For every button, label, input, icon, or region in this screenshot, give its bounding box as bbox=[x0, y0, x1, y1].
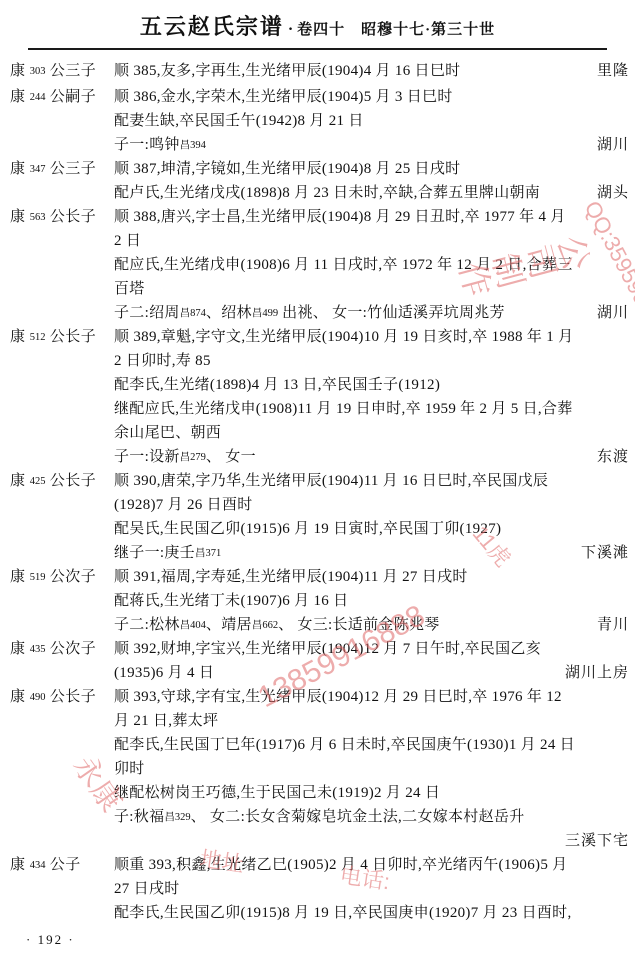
entry-text: 子一:设新昌279、 女一 bbox=[114, 445, 256, 469]
entry-content: 顺 391,福周,字寿延,生光绪甲辰(1904)11 月 27 日戌时配蒋氏,生… bbox=[114, 565, 635, 637]
entry-content: 顺 386,金水,字荣木,生光绪甲辰(1904)5 月 3 日巳时配妻生缺,卒民… bbox=[114, 85, 635, 157]
entry-content: 顺 388,唐兴,字士昌,生光绪甲辰(1904)8 月 29 日丑时,卒 197… bbox=[114, 205, 635, 325]
entry-label: 康 490 公长子 bbox=[0, 685, 114, 711]
entry-text: 顺 389,章魁,字守文,生光绪甲辰(1904)10 月 19 日亥时,卒 19… bbox=[114, 325, 573, 349]
header-divider bbox=[28, 48, 607, 50]
entry-row: 康 512 公长子顺 389,章魁,字守文,生光绪甲辰(1904)10 月 19… bbox=[0, 325, 635, 469]
entry-line: 配妻生缺,卒民国壬午(1942)8 月 21 日 bbox=[114, 109, 629, 133]
entry-text: 配李氏,生光绪(1898)4 月 13 日,卒民国壬子(1912) bbox=[114, 373, 440, 397]
entry-line: 顺 387,坤清,字镜如,生光绪甲辰(1904)8 月 25 日戌时 bbox=[114, 157, 629, 181]
entry-line: 继子一:庚壬昌371下溪滩 bbox=[114, 541, 629, 565]
entry-text: 顺重 393,积鑫,生光绪乙巳(1905)2 月 4 日卯时,卒光绪丙午(190… bbox=[114, 853, 567, 877]
entry-line: 配吴氏,生民国乙卯(1915)6 月 19 日寅时,卒民国丁卯(1927) bbox=[114, 517, 629, 541]
entry-text: 百塔 bbox=[114, 277, 145, 301]
entry-line: 子二:绍周昌874、绍林昌499 出祧、 女一:竹仙适溪弄坑周兆芳湖川 bbox=[114, 301, 629, 325]
entry-text: 顺 393,守球,字有宝,生光绪甲辰(1904)12 月 29 日巳时,卒 19… bbox=[114, 685, 562, 709]
entry-label: 康 434 公子 bbox=[0, 853, 114, 879]
place-name: 东渡 bbox=[597, 445, 629, 469]
entry-line: 月 21 日,葬太坪 bbox=[114, 709, 629, 733]
entry-text: 子二:绍周昌874、绍林昌499 出祧、 女一:竹仙适溪弄坑周兆芳 bbox=[114, 301, 505, 325]
entry-text: 余山尾巴、朝西 bbox=[114, 421, 221, 445]
entry-line: 子:秋福昌329、 女二:长女含菊嫁皂坑金土法,二女嫁本村赵岳升 bbox=[114, 805, 629, 829]
entry-text: 配吴氏,生民国乙卯(1915)6 月 19 日寅时,卒民国丁卯(1927) bbox=[114, 517, 501, 541]
title-separator: · bbox=[288, 21, 293, 38]
entry-label: 康 512 公长子 bbox=[0, 325, 114, 351]
entry-text: (1935)6 月 4 日 bbox=[114, 661, 214, 685]
entry-line: 顺 393,守球,字有宝,生光绪甲辰(1904)12 月 29 日巳时,卒 19… bbox=[114, 685, 629, 709]
entry-text: 顺 385,友多,字再生,生光绪甲辰(1904)4 月 16 日巳时 bbox=[114, 59, 460, 83]
entry-text: 继配松树岗王巧德,生于民国己未(1919)2 月 24 日 bbox=[114, 781, 440, 805]
entry-text: (1928)7 月 26 日酉时 bbox=[114, 493, 253, 517]
entry-text: 继配应氏,生光绪戊申(1908)11 月 19 日申时,卒 1959 年 2 月… bbox=[114, 397, 573, 421]
entry-line: 子二:松林昌404、靖居昌662、 女三:长适前金陈兆琴青川 bbox=[114, 613, 629, 637]
entry-line: 顺 391,福周,字寿延,生光绪甲辰(1904)11 月 27 日戌时 bbox=[114, 565, 629, 589]
entry-line: 顺 386,金水,字荣木,生光绪甲辰(1904)5 月 3 日巳时 bbox=[114, 85, 629, 109]
entry-line: 子一:设新昌279、 女一东渡 bbox=[114, 445, 629, 469]
entries-list: 康 303 公三子顺 385,友多,字再生,生光绪甲辰(1904)4 月 16 … bbox=[0, 59, 635, 925]
entry-line: 配李氏,生光绪(1898)4 月 13 日,卒民国壬子(1912) bbox=[114, 373, 629, 397]
entry-line: 配卢氏,生光绪戊戌(1898)8 月 23 日未时,卒缺,合葬五里牌山朝南湖头 bbox=[114, 181, 629, 205]
entry-row: 康 435 公次子顺 392,财坤,字宝兴,生光绪甲辰(1904)12 月 7 … bbox=[0, 637, 635, 685]
entry-content: 顺重 393,积鑫,生光绪乙巳(1905)2 月 4 日卯时,卒光绪丙午(190… bbox=[114, 853, 635, 925]
entry-row: 康 434 公子顺重 393,积鑫,生光绪乙巳(1905)2 月 4 日卯时,卒… bbox=[0, 853, 635, 925]
entry-line: 顺 390,唐荣,字乃华,生光绪甲辰(1904)11 月 16 日巳时,卒民国戊… bbox=[114, 469, 629, 493]
entry-content: 顺 389,章魁,字守文,生光绪甲辰(1904)10 月 19 日亥时,卒 19… bbox=[114, 325, 635, 469]
entry-line: 百塔 bbox=[114, 277, 629, 301]
entry-label: 康 563 公长子 bbox=[0, 205, 114, 231]
entry-content: 顺 393,守球,字有宝,生光绪甲辰(1904)12 月 29 日巳时,卒 19… bbox=[114, 685, 635, 853]
entry-row: 康 425 公长子顺 390,唐荣,字乃华,生光绪甲辰(1904)11 月 16… bbox=[0, 469, 635, 565]
entry-label: 康 347 公三子 bbox=[0, 157, 114, 183]
entry-content: 顺 385,友多,字再生,生光绪甲辰(1904)4 月 16 日巳时里隆 bbox=[114, 59, 635, 83]
entry-line: 2 日卯时,寿 85 bbox=[114, 349, 629, 373]
entry-line: 2 日 bbox=[114, 229, 629, 253]
entry-line: (1928)7 月 26 日酉时 bbox=[114, 493, 629, 517]
entry-row: 康 490 公长子顺 393,守球,字有宝,生光绪甲辰(1904)12 月 29… bbox=[0, 685, 635, 853]
entry-text: 顺 390,唐荣,字乃华,生光绪甲辰(1904)11 月 16 日巳时,卒民国戊… bbox=[114, 469, 548, 493]
entry-label: 康 303 公三子 bbox=[0, 59, 114, 85]
entry-text: 配李氏,生民国乙卯(1915)8 月 19 日,卒民国庚申(1920)7 月 2… bbox=[114, 901, 572, 925]
entry-line: 顺 392,财坤,字宝兴,生光绪甲辰(1904)12 月 7 日午时,卒民国乙亥 bbox=[114, 637, 629, 661]
genealogy-page: 五云赵氏宗谱·卷四十 昭穆十七·第三十世 康 303 公三子顺 385,友多,字… bbox=[0, 0, 635, 968]
entry-text: 顺 386,金水,字荣木,生光绪甲辰(1904)5 月 3 日巳时 bbox=[114, 85, 453, 109]
entry-text: 子:秋福昌329、 女二:长女含菊嫁皂坑金土法,二女嫁本村赵岳升 bbox=[114, 805, 525, 829]
entry-label: 康 519 公次子 bbox=[0, 565, 114, 591]
entry-line: 卯时 bbox=[114, 757, 629, 781]
entry-content: 顺 392,财坤,字宝兴,生光绪甲辰(1904)12 月 7 日午时,卒民国乙亥… bbox=[114, 637, 635, 685]
entry-line: 配蒋氏,生光绪丁未(1907)6 月 16 日 bbox=[114, 589, 629, 613]
page-header: 五云赵氏宗谱·卷四十 昭穆十七·第三十世 bbox=[0, 0, 635, 41]
entry-line: 继配松树岗王巧德,生于民国己未(1919)2 月 24 日 bbox=[114, 781, 629, 805]
entry-line: 顺 389,章魁,字守文,生光绪甲辰(1904)10 月 19 日亥时,卒 19… bbox=[114, 325, 629, 349]
page-title: 五云赵氏宗谱 bbox=[140, 14, 284, 39]
place-name: 湖川 bbox=[597, 133, 629, 157]
entry-row: 康 563 公长子顺 388,唐兴,字士昌,生光绪甲辰(1904)8 月 29 … bbox=[0, 205, 635, 325]
entry-text: 顺 392,财坤,字宝兴,生光绪甲辰(1904)12 月 7 日午时,卒民国乙亥 bbox=[114, 637, 541, 661]
entry-row: 康 303 公三子顺 385,友多,字再生,生光绪甲辰(1904)4 月 16 … bbox=[0, 59, 635, 85]
entry-text: 配应氏,生光绪戊申(1908)6 月 11 日戌时,卒 1972 年 12 月 … bbox=[114, 253, 573, 277]
entry-text: 配妻生缺,卒民国壬午(1942)8 月 21 日 bbox=[114, 109, 364, 133]
entry-text: 2 日 bbox=[114, 229, 141, 253]
place-name: 三溪下宅 bbox=[565, 829, 629, 853]
entry-line: 顺 388,唐兴,字士昌,生光绪甲辰(1904)8 月 29 日丑时,卒 197… bbox=[114, 205, 629, 229]
place-name: 湖头 bbox=[597, 181, 629, 205]
entry-line: 三溪下宅 bbox=[114, 829, 629, 853]
place-name: 下溪滩 bbox=[581, 541, 629, 565]
page-subtitle: 卷四十 昭穆十七·第三十世 bbox=[297, 22, 495, 38]
entry-text: 顺 391,福周,字寿延,生光绪甲辰(1904)11 月 27 日戌时 bbox=[114, 565, 468, 589]
entry-line: 子一:鸣钟昌394湖川 bbox=[114, 133, 629, 157]
entry-label: 康 425 公长子 bbox=[0, 469, 114, 495]
entry-text: 顺 388,唐兴,字士昌,生光绪甲辰(1904)8 月 29 日丑时,卒 197… bbox=[114, 205, 566, 229]
entry-row: 康 519 公次子顺 391,福周,字寿延,生光绪甲辰(1904)11 月 27… bbox=[0, 565, 635, 637]
place-name: 里隆 bbox=[597, 59, 629, 83]
entry-label: 康 244 公嗣子 bbox=[0, 85, 114, 111]
entry-line: 顺重 393,积鑫,生光绪乙巳(1905)2 月 4 日卯时,卒光绪丙午(190… bbox=[114, 853, 629, 877]
page-number: · 192 · bbox=[26, 932, 75, 948]
entry-row: 康 347 公三子顺 387,坤清,字镜如,生光绪甲辰(1904)8 月 25 … bbox=[0, 157, 635, 205]
entry-line: 27 日戌时 bbox=[114, 877, 629, 901]
place-name: 湖川 bbox=[597, 301, 629, 325]
entry-text: 月 21 日,葬太坪 bbox=[114, 709, 218, 733]
entry-text: 子一:鸣钟昌394 bbox=[114, 133, 206, 157]
entry-line: (1935)6 月 4 日湖川上房 bbox=[114, 661, 629, 685]
entry-label: 康 435 公次子 bbox=[0, 637, 114, 663]
entry-line: 配应氏,生光绪戊申(1908)6 月 11 日戌时,卒 1972 年 12 月 … bbox=[114, 253, 629, 277]
entry-text: 继子一:庚壬昌371 bbox=[114, 541, 221, 565]
entry-line: 配李氏,生民国丁巳年(1917)6 月 6 日未时,卒民国庚午(1930)1 月… bbox=[114, 733, 629, 757]
entry-text: 卯时 bbox=[114, 757, 145, 781]
entry-text: 顺 387,坤清,字镜如,生光绪甲辰(1904)8 月 25 日戌时 bbox=[114, 157, 460, 181]
entry-text: 2 日卯时,寿 85 bbox=[114, 349, 211, 373]
entry-text: 子二:松林昌404、靖居昌662、 女三:长适前金陈兆琴 bbox=[114, 613, 440, 637]
entry-content: 顺 390,唐荣,字乃华,生光绪甲辰(1904)11 月 16 日巳时,卒民国戊… bbox=[114, 469, 635, 565]
entry-text: 配蒋氏,生光绪丁未(1907)6 月 16 日 bbox=[114, 589, 348, 613]
place-name: 青川 bbox=[597, 613, 629, 637]
entry-text: 配李氏,生民国丁巳年(1917)6 月 6 日未时,卒民国庚午(1930)1 月… bbox=[114, 733, 575, 757]
entry-text: 27 日戌时 bbox=[114, 877, 180, 901]
entry-line: 继配应氏,生光绪戊申(1908)11 月 19 日申时,卒 1959 年 2 月… bbox=[114, 397, 629, 421]
entry-text: 配卢氏,生光绪戊戌(1898)8 月 23 日未时,卒缺,合葬五里牌山朝南 bbox=[114, 181, 540, 205]
entry-content: 顺 387,坤清,字镜如,生光绪甲辰(1904)8 月 25 日戌时配卢氏,生光… bbox=[114, 157, 635, 205]
place-name: 湖川上房 bbox=[565, 661, 629, 685]
entry-row: 康 244 公嗣子顺 386,金水,字荣木,生光绪甲辰(1904)5 月 3 日… bbox=[0, 85, 635, 157]
entry-line: 顺 385,友多,字再生,生光绪甲辰(1904)4 月 16 日巳时里隆 bbox=[114, 59, 629, 83]
entry-line: 余山尾巴、朝西 bbox=[114, 421, 629, 445]
entry-line: 配李氏,生民国乙卯(1915)8 月 19 日,卒民国庚申(1920)7 月 2… bbox=[114, 901, 629, 925]
